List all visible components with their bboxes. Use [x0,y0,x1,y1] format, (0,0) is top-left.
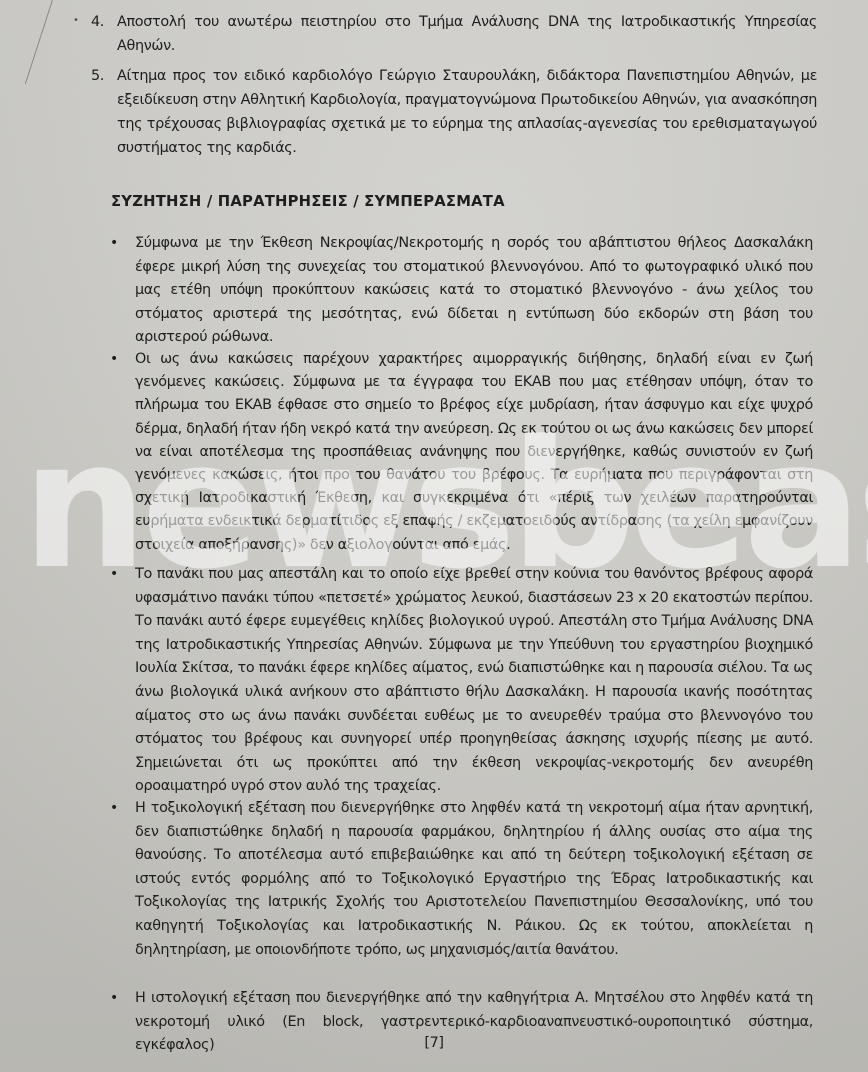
numbered-item-5: 5. Αίτημα προς τον ειδικό καρδιολόγο Γεώ… [117,64,817,160]
document-page: • 4. Αποστολή του ανωτέρω πειστηρίου στο… [0,0,868,1072]
bullet-paragraph: • Το πανάκι που μας απεστάλη και το οποί… [135,563,813,799]
paragraph-text: Σύμφωνα με την Έκθεση Νεκροψίας/Νεκροτομ… [135,235,813,345]
paragraph-text: Οι ως άνω κακώσεις παρέχουν χαρακτήρες α… [135,351,813,553]
paragraph-text: Το πανάκι που μας απεστάλη και το οποίο … [135,566,813,794]
item-text: Αίτημα προς τον ειδικό καρδιολόγο Γεώργι… [117,68,817,156]
item-text: Αποστολή του ανωτέρω πειστηρίου στο Τμήμ… [117,14,817,54]
bullet-icon: • [110,232,118,256]
bullet-icon: • [110,987,118,1011]
numbered-item-4: • 4. Αποστολή του ανωτέρω πειστηρίου στο… [117,10,817,58]
bullet-icon: • [110,797,118,821]
bullet-icon: • [110,563,118,587]
bullet-icon: • [110,348,118,371]
paragraph-text: Η τοξικολογική εξέταση που διενεργήθηκε … [135,800,813,958]
page-number: [7] [0,1031,868,1055]
item-number: 4. [91,10,104,34]
bullet-paragraph: • Η τοξικολογική εξέταση που διενεργήθηκ… [135,797,813,962]
bullet-paragraph: • Οι ως άνω κακώσεις παρέχουν χαρακτήρες… [135,348,813,557]
item-number: 5. [91,64,104,88]
section-heading: ΣΥΖΗΤΗΣΗ / ΠΑΡΑΤΗΡΗΣΕΙΣ / ΣΥΜΠΕΡΑΣΜΑΤΑ [111,190,505,214]
bullet-paragraph: • Σύμφωνα με την Έκθεση Νεκροψίας/Νεκροτ… [135,232,813,350]
stray-mark: • [73,9,79,33]
